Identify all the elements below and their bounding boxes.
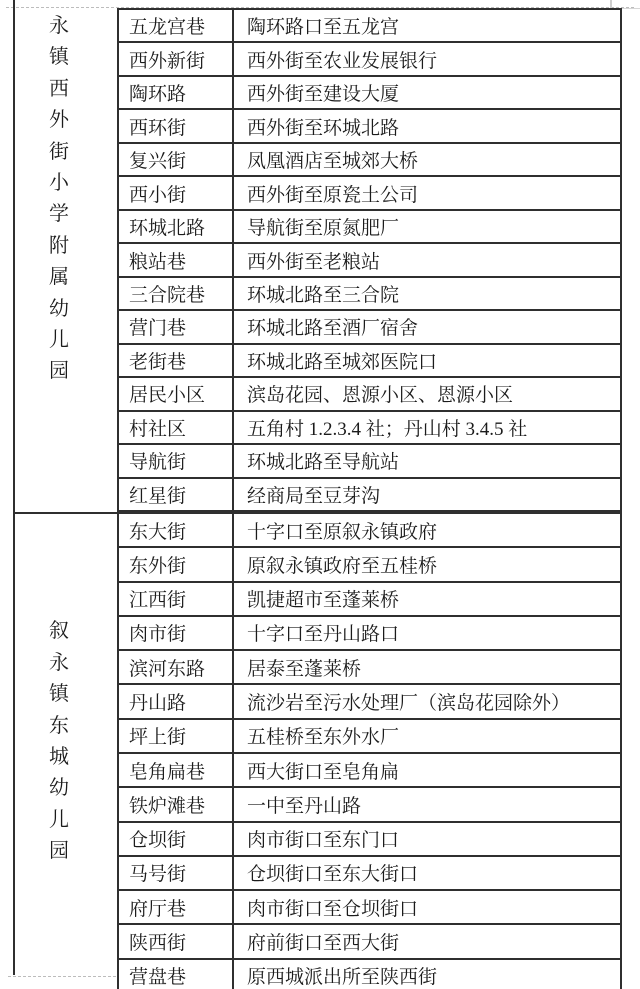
table-row: 西小街西外街至原瓷土公司 [119, 177, 620, 210]
street-name-cell: 老街巷 [119, 345, 234, 376]
street-name-cell: 粮站巷 [119, 244, 234, 275]
street-range-cell: 仓坝街口至东大街口 [234, 857, 620, 889]
street-name-cell: 丹山路 [119, 685, 234, 717]
street-name-cell: 仓坝街 [119, 823, 234, 855]
street-name-cell: 马号街 [119, 857, 234, 889]
table-section-2: 叙 永 镇 东 城 幼 儿 园 东大街十字口至原叙永镇政府东外街原叙永镇政府至五… [15, 514, 622, 989]
street-name-cell: 营盘巷 [119, 960, 234, 989]
street-range-cell: 肉市街口至东门口 [234, 823, 620, 855]
street-range-cell: 西外街至原瓷土公司 [234, 177, 620, 208]
street-range-cell: 五桂桥至东外水厂 [234, 720, 620, 752]
school-name-vertical-label: 永 镇 西 外 街 小 学 附 属 幼 儿 园 [15, 11, 117, 388]
street-range-cell: 府前街口至西大街 [234, 925, 620, 957]
street-name-cell: 导航街 [119, 445, 234, 476]
street-name-cell: 江西街 [119, 583, 234, 615]
street-name-cell: 红星街 [119, 479, 234, 510]
street-range-cell: 十字口至原叙永镇政府 [234, 514, 620, 546]
table-row: 仓坝街肉市街口至东门口 [119, 823, 620, 857]
table-row: 红星街经商局至豆芽沟 [119, 479, 620, 512]
street-name-cell: 西环街 [119, 110, 234, 141]
table-row: 营门巷环城北路至酒厂宿舍 [119, 311, 620, 344]
street-range-cell: 环城北路至三合院 [234, 278, 620, 309]
street-range-cell: 陶环路口至五龙宫 [234, 10, 620, 41]
table-section-1: 永 镇 西 外 街 小 学 附 属 幼 儿 园 五龙宫巷陶环路口至五龙宫西外新街… [15, 8, 622, 514]
street-name-cell: 陶环路 [119, 77, 234, 108]
street-range-cell: 原西城派出所至陕西街 [234, 960, 620, 989]
table-row: 导航街环城北路至导航站 [119, 445, 620, 478]
street-range-cell: 环城北路至酒厂宿舍 [234, 311, 620, 342]
street-name-cell: 东大街 [119, 514, 234, 546]
school-name-vertical-label: 叙 永 镇 东 城 幼 儿 园 [15, 616, 117, 867]
table-row: 滨河东路居泰至蓬莱桥 [119, 651, 620, 685]
streets-rows-section-2: 东大街十字口至原叙永镇政府东外街原叙永镇政府至五桂桥江西街凯捷超市至蓬莱桥肉市街… [117, 514, 622, 989]
page-break-dashed-line-bottom [8, 976, 116, 977]
table-row: 营盘巷原西城派出所至陕西街 [119, 960, 620, 989]
street-range-cell: 西大街口至皂角扁 [234, 754, 620, 786]
table-row: 粮站巷西外街至老粮站 [119, 244, 620, 277]
street-range-cell: 原叙永镇政府至五桂桥 [234, 548, 620, 580]
table-row: 居民小区滨岛花园、恩源小区、恩源小区 [119, 378, 620, 411]
table-row: 东大街十字口至原叙永镇政府 [119, 514, 620, 548]
street-range-cell: 十字口至丹山路口 [234, 617, 620, 649]
table-row: 马号街仓坝街口至东大街口 [119, 857, 620, 891]
street-range-cell: 凯捷超市至蓬莱桥 [234, 583, 620, 615]
street-range-cell: 西外街至农业发展银行 [234, 43, 620, 74]
street-name-cell: 村社区 [119, 412, 234, 443]
table-row: 东外街原叙永镇政府至五桂桥 [119, 548, 620, 582]
street-name-cell: 居民小区 [119, 378, 234, 409]
table-row: 环城北路导航街至原氮肥厂 [119, 211, 620, 244]
street-name-cell: 东外街 [119, 548, 234, 580]
table-row: 坪上街五桂桥至东外水厂 [119, 720, 620, 754]
street-name-cell: 铁炉滩巷 [119, 788, 234, 820]
street-name-cell: 五龙宫巷 [119, 10, 234, 41]
table-row: 西外新街西外街至农业发展银行 [119, 43, 620, 76]
street-name-cell: 环城北路 [119, 211, 234, 242]
street-range-cell: 居泰至蓬莱桥 [234, 651, 620, 683]
street-name-cell: 滨河东路 [119, 651, 234, 683]
street-name-cell: 皂角扁巷 [119, 754, 234, 786]
street-name-cell: 陕西街 [119, 925, 234, 957]
street-name-cell: 三合院巷 [119, 278, 234, 309]
street-range-cell: 经商局至豆芽沟 [234, 479, 620, 510]
table-row: 江西街凯捷超市至蓬莱桥 [119, 583, 620, 617]
table-row: 老街巷环城北路至城郊医院口 [119, 345, 620, 378]
street-name-cell: 营门巷 [119, 311, 234, 342]
street-name-cell: 复兴街 [119, 144, 234, 175]
streets-rows-section-1: 五龙宫巷陶环路口至五龙宫西外新街西外街至农业发展银行陶环路西外街至建设大厦西环街… [117, 8, 622, 512]
table-row: 村社区五角村 1.2.3.4 社；丹山村 3.4.5 社 [119, 412, 620, 445]
street-name-cell: 府厅巷 [119, 891, 234, 923]
street-range-cell: 滨岛花园、恩源小区、恩源小区 [234, 378, 620, 409]
street-range-cell: 肉市街口至仓坝街口 [234, 891, 620, 923]
table-row: 肉市街十字口至丹山路口 [119, 617, 620, 651]
table-row: 丹山路流沙岩至污水处理厂（滨岛花园除外） [119, 685, 620, 719]
table-row: 陕西街府前街口至西大街 [119, 925, 620, 959]
document-page: 永 镇 西 外 街 小 学 附 属 幼 儿 园 五龙宫巷陶环路口至五龙宫西外新街… [0, 0, 640, 989]
school-district-table: 永 镇 西 外 街 小 学 附 属 幼 儿 园 五龙宫巷陶环路口至五龙宫西外新街… [15, 8, 622, 989]
text-boundary-tick-right [610, 0, 612, 8]
street-range-cell: 一中至丹山路 [234, 788, 620, 820]
street-name-cell: 西小街 [119, 177, 234, 208]
street-range-cell: 环城北路至城郊医院口 [234, 345, 620, 376]
street-name-cell: 坪上街 [119, 720, 234, 752]
table-row: 铁炉滩巷一中至丹山路 [119, 788, 620, 822]
street-name-cell: 肉市街 [119, 617, 234, 649]
table-row: 皂角扁巷西大街口至皂角扁 [119, 754, 620, 788]
school-column-cell: 永 镇 西 外 街 小 学 附 属 幼 儿 园 [15, 8, 117, 512]
street-range-cell: 西外街至老粮站 [234, 244, 620, 275]
street-range-cell: 凤凰酒店至城郊大桥 [234, 144, 620, 175]
table-row: 西环街西外街至环城北路 [119, 110, 620, 143]
street-name-cell: 西外新街 [119, 43, 234, 74]
street-range-cell: 五角村 1.2.3.4 社；丹山村 3.4.5 社 [234, 412, 620, 443]
street-range-cell: 西外街至环城北路 [234, 110, 620, 141]
street-range-cell: 西外街至建设大厦 [234, 77, 620, 108]
table-row: 三合院巷环城北路至三合院 [119, 278, 620, 311]
street-range-cell: 环城北路至导航站 [234, 445, 620, 476]
table-row: 五龙宫巷陶环路口至五龙宫 [119, 10, 620, 43]
school-column-cell: 叙 永 镇 东 城 幼 儿 园 [15, 514, 117, 989]
table-row: 复兴街凤凰酒店至城郊大桥 [119, 144, 620, 177]
table-row: 府厅巷肉市街口至仓坝街口 [119, 891, 620, 925]
street-range-cell: 导航街至原氮肥厂 [234, 211, 620, 242]
street-range-cell: 流沙岩至污水处理厂（滨岛花园除外） [234, 685, 620, 717]
table-row: 陶环路西外街至建设大厦 [119, 77, 620, 110]
text-boundary-stub-right [622, 8, 640, 9]
